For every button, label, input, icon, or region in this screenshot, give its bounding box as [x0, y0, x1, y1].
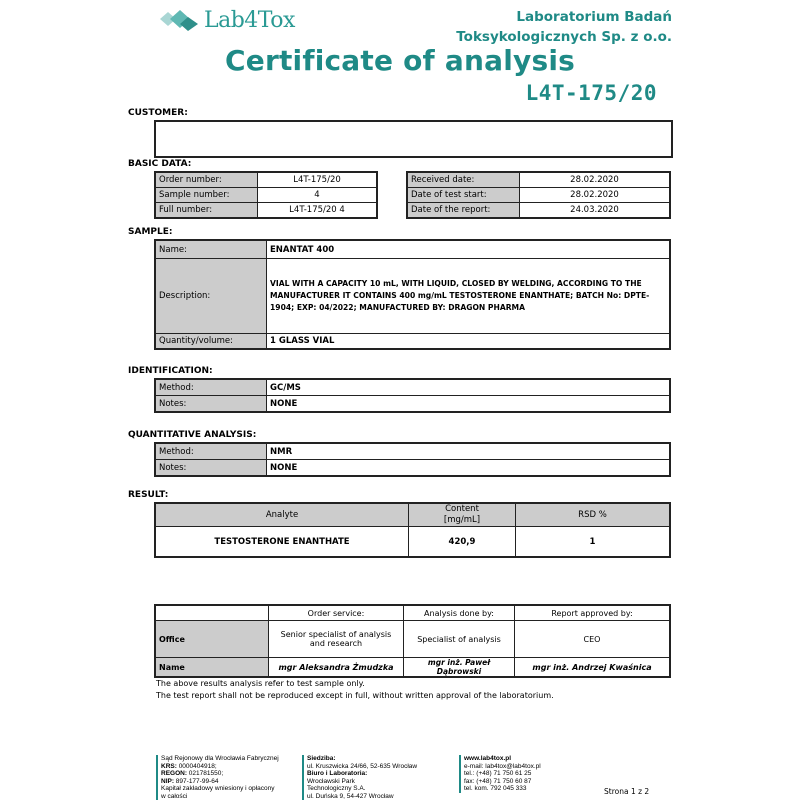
- basic-data-right-table: Received date:28.02.2020 Date of test st…: [407, 172, 670, 218]
- lab4tox-logo: Lab4Tox: [158, 5, 295, 35]
- footer-company-info: Sąd Rejonowy dla Wrocławia FabrycznejKRS…: [156, 755, 301, 800]
- footer-line: w całości: [161, 793, 301, 800]
- test-start-label: Date of test start:: [408, 188, 520, 203]
- rsd-value: 1: [516, 527, 670, 557]
- table-row: Received date:28.02.2020: [408, 173, 670, 188]
- sample-description-label: Description:: [156, 259, 267, 334]
- basic-data-heading: BASIC DATA:: [128, 159, 191, 169]
- footer-line: ul. Kruszwicka 24/66, 52-635 Wrocław: [307, 763, 447, 771]
- footer-line: ul. Duńska 9, 54-427 Wrocław: [307, 793, 447, 800]
- table-row: Method:NMR: [156, 444, 670, 460]
- table-row: Quantity/volume:1 GLASS VIAL: [156, 334, 670, 349]
- analysis-done-office: Specialist of analysis: [404, 621, 515, 658]
- full-number-value: L4T-175/20 4: [258, 203, 377, 218]
- result-heading: RESULT:: [128, 490, 168, 500]
- table-header-row: Analyte Content[mg/mL] RSD %: [156, 504, 670, 527]
- quantitative-heading: QUANTITATIVE ANALYSIS:: [128, 430, 256, 440]
- footer-line: e-mail: lab4tox@lab4tox.pl: [464, 763, 584, 771]
- quantitative-method-value: NMR: [267, 444, 670, 460]
- identification-method-label: Method:: [156, 380, 267, 396]
- order-service-header: Order service:: [269, 606, 404, 621]
- footer-line: Sąd Rejonowy dla Wrocławia Fabrycznej: [161, 755, 301, 763]
- customer-heading: CUSTOMER:: [128, 108, 188, 118]
- table-row: Full number:L4T-175/20 4: [156, 203, 377, 218]
- name-label: Name: [156, 658, 269, 677]
- report-approved-header: Report approved by:: [515, 606, 670, 621]
- identification-table: Method:GC/MS Notes:NONE: [155, 379, 670, 412]
- order-number-value: L4T-175/20: [258, 173, 377, 188]
- analysis-done-header: Analysis done by:: [404, 606, 515, 621]
- certificate-code: L4T-175/20: [526, 81, 657, 105]
- signatures-table: Order service: Analysis done by: Report …: [155, 605, 670, 677]
- table-row: Office Senior specialist of analysis and…: [156, 621, 670, 658]
- table-row: Date of the report:24.03.2020: [408, 203, 670, 218]
- content-value: 420,9: [409, 527, 516, 557]
- customer-box: [154, 120, 673, 158]
- analysis-done-name: mgr inż. Paweł Dąbrowski: [404, 658, 515, 677]
- footer-line: Biuro i Laboratoria:: [307, 770, 447, 778]
- lab-name-line1: Laboratorium Badań: [456, 7, 672, 27]
- sample-number-value: 4: [258, 188, 377, 203]
- footer-line: KRS: 0000404918;: [161, 763, 301, 771]
- report-date-label: Date of the report:: [408, 203, 520, 218]
- analyte-value: TESTOSTERONE ENANTHATE: [156, 527, 409, 557]
- sample-quantity-value: 1 GLASS VIAL: [267, 334, 670, 349]
- table-row: TESTOSTERONE ENANTHATE 420,9 1: [156, 527, 670, 557]
- basic-data-left-table: Order number:L4T-175/20 Sample number:4 …: [155, 172, 377, 218]
- sample-name-label: Name:: [156, 241, 267, 259]
- quantitative-method-label: Method:: [156, 444, 267, 460]
- analyte-column-header: Analyte: [156, 504, 409, 527]
- table-row: Sample number:4: [156, 188, 377, 203]
- content-header-line1: Content: [412, 504, 512, 515]
- full-number-label: Full number:: [156, 203, 258, 218]
- footer-line: NIP: 897-177-99-64: [161, 778, 301, 786]
- sample-name-value: ENANTAT 400: [267, 241, 670, 259]
- footer-line: REGON: 021781550;: [161, 770, 301, 778]
- signatures-corner: [156, 606, 269, 621]
- quantitative-table: Method:NMR Notes:NONE: [155, 443, 670, 476]
- footer-line: www.lab4tox.pl: [464, 755, 584, 763]
- footer-line: Technologiczny S.A.: [307, 785, 447, 793]
- sample-heading: SAMPLE:: [128, 227, 172, 237]
- table-row: Notes:NONE: [156, 396, 670, 412]
- page-title: Certificate of analysis: [0, 44, 800, 77]
- note-reproduction: The test report shall not be reproduced …: [156, 691, 554, 700]
- footer-line: tel. kom. 792 045 333: [464, 785, 584, 793]
- sample-description-value: VIAL WITH A CAPACITY 10 mL, WITH LIQUID,…: [267, 259, 670, 334]
- footer-address: Siedziba:ul. Kruszwicka 24/66, 52-635 Wr…: [302, 755, 447, 800]
- table-row: Method:GC/MS: [156, 380, 670, 396]
- report-approved-name: mgr inż. Andrzej Kwaśnica: [515, 658, 670, 677]
- order-number-label: Order number:: [156, 173, 258, 188]
- footer-line: tel.: (+48) 71 750 61 25: [464, 770, 584, 778]
- order-service-office: Senior specialist of analysis and resear…: [269, 621, 404, 658]
- identification-notes-value: NONE: [267, 396, 670, 412]
- result-table: Analyte Content[mg/mL] RSD % TESTOSTERON…: [155, 503, 670, 557]
- footer-line: fax: (+48) 71 750 60 87: [464, 778, 584, 786]
- table-row: Order number:L4T-175/20: [156, 173, 377, 188]
- note-test-sample: The above results analysis refer to test…: [156, 679, 365, 688]
- content-header-line2: [mg/mL]: [412, 515, 512, 526]
- report-approved-office: CEO: [515, 621, 670, 658]
- order-service-name: mgr Aleksandra Żmudzka: [269, 658, 404, 677]
- office-label: Office: [156, 621, 269, 658]
- sample-number-label: Sample number:: [156, 188, 258, 203]
- sample-quantity-label: Quantity/volume:: [156, 334, 267, 349]
- report-date-value: 24.03.2020: [520, 203, 670, 218]
- sample-table: Name:ENANTAT 400 Description:VIAL WITH A…: [155, 240, 670, 349]
- logo-diamond-icon: [158, 7, 200, 33]
- lab-name: Laboratorium Badań Toksykologicznych Sp.…: [456, 7, 672, 47]
- table-row: Name mgr Aleksandra Żmudzka mgr inż. Paw…: [156, 658, 670, 677]
- page-number: Strona 1 z 2: [604, 787, 649, 796]
- footer-contact: www.lab4tox.ple-mail: lab4tox@lab4tox.pl…: [459, 755, 584, 793]
- quantitative-notes-value: NONE: [267, 460, 670, 476]
- identification-heading: IDENTIFICATION:: [128, 366, 213, 376]
- table-row: Date of test start:28.02.2020: [408, 188, 670, 203]
- table-header-row: Order service: Analysis done by: Report …: [156, 606, 670, 621]
- footer-line: Kapitał zakładowy wniesiony i opłacony: [161, 785, 301, 793]
- identification-method-value: GC/MS: [267, 380, 670, 396]
- table-row: Notes:NONE: [156, 460, 670, 476]
- logo-text: Lab4Tox: [204, 8, 295, 33]
- received-date-value: 28.02.2020: [520, 173, 670, 188]
- footer-line: Wrocławski Park: [307, 778, 447, 786]
- footer-line: Siedziba:: [307, 755, 447, 763]
- content-column-header: Content[mg/mL]: [409, 504, 516, 527]
- table-row: Description:VIAL WITH A CAPACITY 10 mL, …: [156, 259, 670, 334]
- rsd-column-header: RSD %: [516, 504, 670, 527]
- received-date-label: Received date:: [408, 173, 520, 188]
- quantitative-notes-label: Notes:: [156, 460, 267, 476]
- identification-notes-label: Notes:: [156, 396, 267, 412]
- table-row: Name:ENANTAT 400: [156, 241, 670, 259]
- test-start-value: 28.02.2020: [520, 188, 670, 203]
